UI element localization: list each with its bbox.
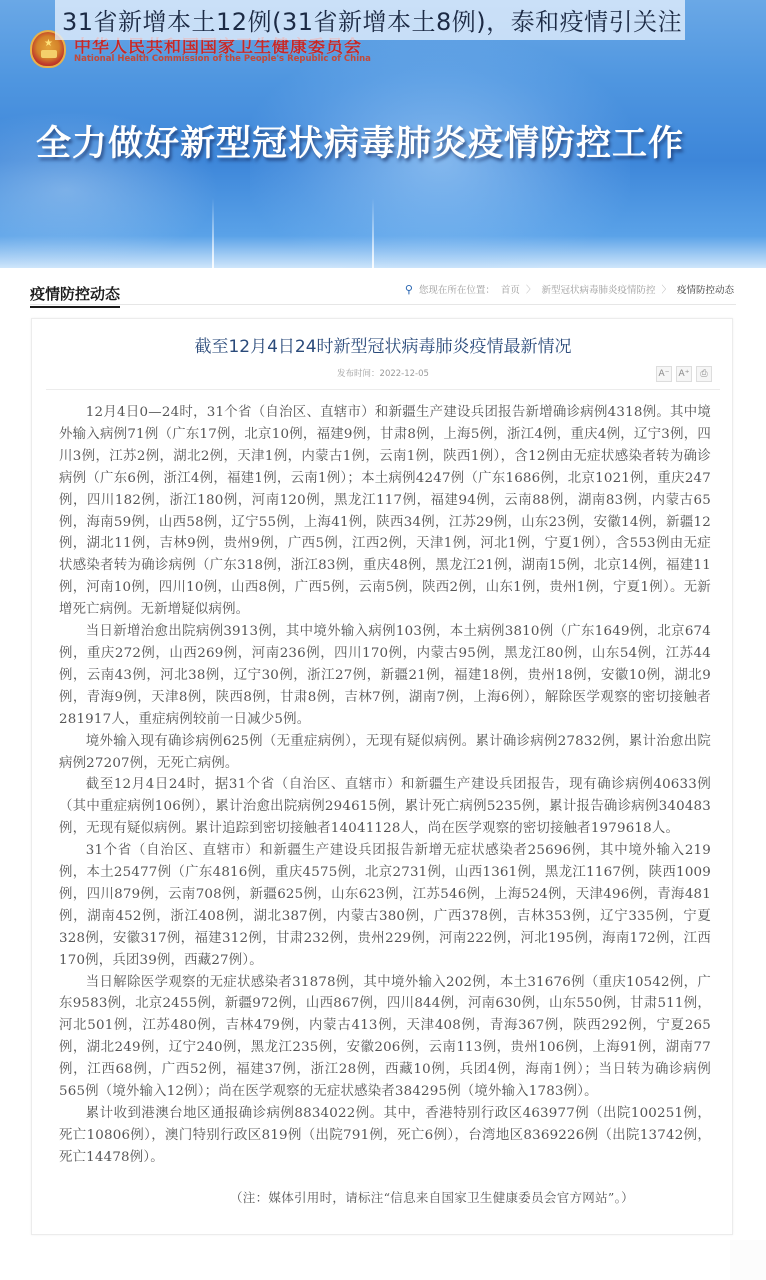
paragraph-recovered: 当日新增治愈出院病例3913例，其中境外输入病例103例，本土病例3810例（广… xyxy=(59,621,711,731)
page-edge xyxy=(730,1240,766,1280)
org-name-en: National Health Commission of the People… xyxy=(74,54,371,64)
paragraph-hk-macao-taiwan: 累计收到港澳台地区通报确诊病例8834022例。其中，香港特别行政区463977… xyxy=(59,1103,711,1169)
breadcrumb-prefix: 您现在所在位置： xyxy=(419,282,495,296)
article-body: 12月4日0—24时，31个省（自治区、直辖市）和新疆生产建设兵团报告新增确诊病… xyxy=(59,402,711,1169)
article-tools: A⁻ A⁺ ⎙ xyxy=(656,366,712,382)
gate-icon xyxy=(41,50,57,58)
breadcrumb-separator: 〉 xyxy=(526,282,536,296)
publish-date: 发布时间：2022-12-05 xyxy=(0,367,766,379)
print-icon[interactable]: ⎙ xyxy=(696,366,712,382)
media-citation-note: （注：媒体引用时，请标注“信息来自国家卫生健康委员会官方网站”。） xyxy=(230,1188,634,1206)
overlay-title: 31省新增本土12例(31省新增本土8例)，泰和疫情引关注 xyxy=(62,2,682,37)
paragraph-imported-current: 境外输入现有确诊病例625例（无重症病例），无现有疑似病例。累计确诊病例2783… xyxy=(59,731,711,775)
paragraph-asymptomatic-released: 当日解除医学观察的无症状感染者31878例，其中境外输入202例，本土31676… xyxy=(59,972,711,1103)
paragraph-cumulative: 截至12月4日24时，据31个省（自治区、直辖市）和新疆生产建设兵团报告，现有确… xyxy=(59,774,711,840)
ecg-line-decoration xyxy=(372,198,374,268)
star-icon: ★ xyxy=(44,38,53,49)
article-title: 截至12月4日24时新型冠状病毒肺炎疫情最新情况 xyxy=(0,332,766,357)
paragraph-asymptomatic-new: 31个省（自治区、直辖市）和新疆生产建设兵团报告新增无症状感染者25696例，其… xyxy=(59,840,711,971)
font-increase-button[interactable]: A⁺ xyxy=(676,366,692,382)
font-decrease-button[interactable]: A⁻ xyxy=(656,366,672,382)
location-pin-icon: ⚲ xyxy=(405,283,413,296)
breadcrumb: ⚲ 您现在所在位置： 首页 〉 新型冠状病毒肺炎疫情防控 〉 疫情防控动态 xyxy=(405,282,734,296)
header-banner: ★ 中华人民共和国国家卫生健康委员会 National Health Commi… xyxy=(0,0,766,268)
paragraph-new-confirmed: 12月4日0—24时，31个省（自治区、直辖市）和新疆生产建设兵团报告新增确诊病… xyxy=(59,402,711,621)
breadcrumb-separator: 〉 xyxy=(661,282,671,296)
banner-slogan: 全力做好新型冠状病毒肺炎疫情防控工作 xyxy=(36,116,684,166)
section-divider xyxy=(30,304,736,305)
breadcrumb-item-current[interactable]: 疫情防控动态 xyxy=(677,282,734,296)
ecg-line-decoration xyxy=(212,198,214,268)
breadcrumb-item-home[interactable]: 首页 xyxy=(501,282,520,296)
article-header-divider xyxy=(46,389,720,390)
breadcrumb-item-epidemic-control[interactable]: 新型冠状病毒肺炎疫情防控 xyxy=(541,282,655,296)
